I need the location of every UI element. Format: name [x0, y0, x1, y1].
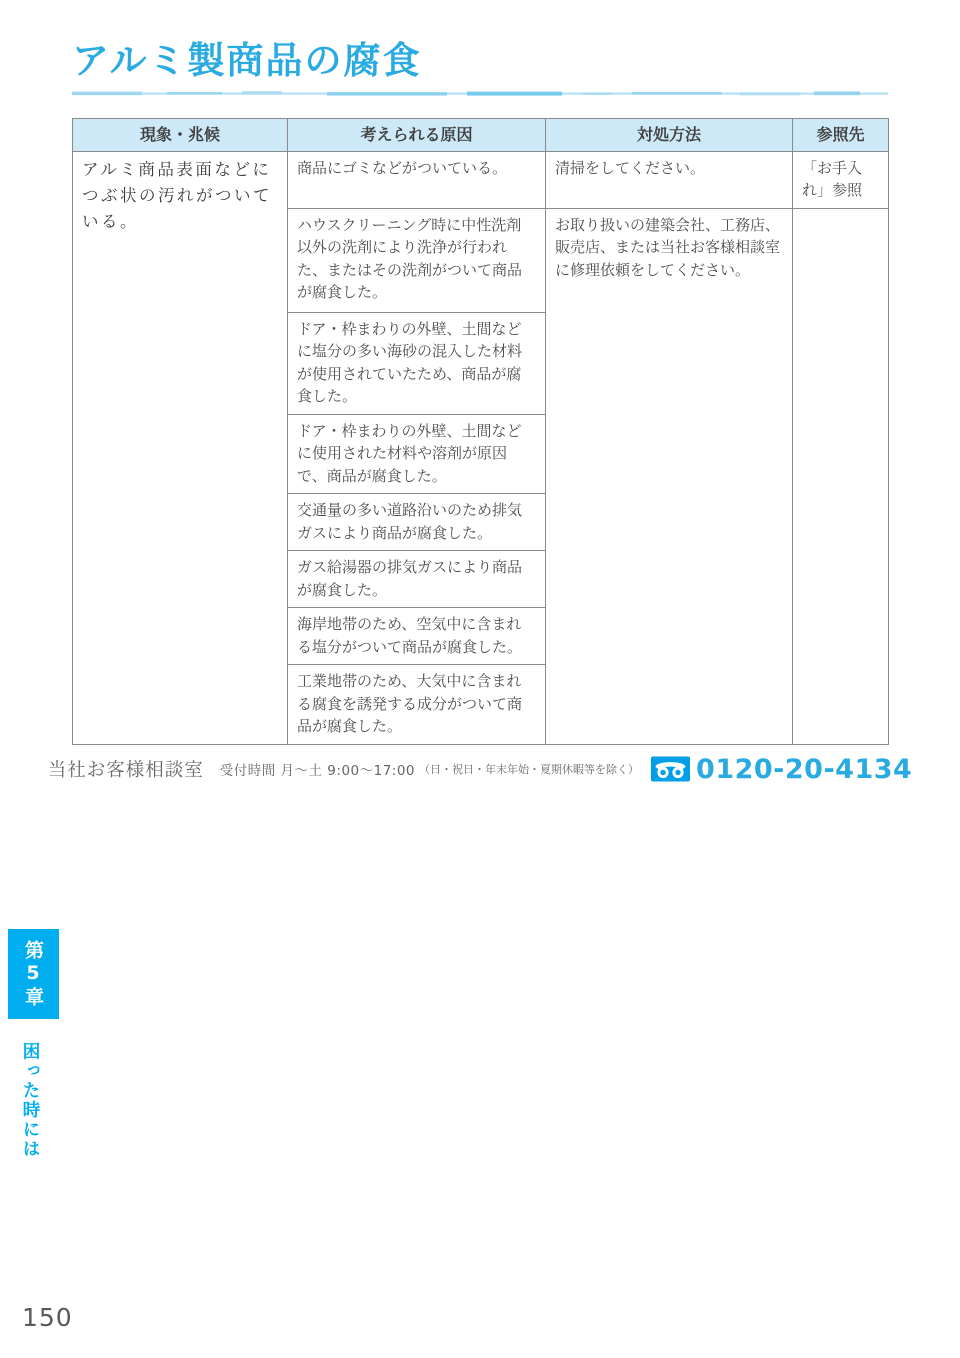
trouble-table: 現象・兆候 考えられる原因 対処方法 参照先 アルミ商品表面などにつぶ状の汚れが… — [72, 118, 889, 745]
chapter-tab-label: 第5章 — [20, 940, 47, 1009]
table-row: アルミ商品表面などにつぶ状の汚れがついている。 商品にゴミなどがついている。 清… — [73, 151, 889, 208]
contact-name: 当社お客様相談室 — [48, 756, 204, 782]
chapter-title: 困った時には — [18, 1042, 43, 1159]
header-reference: 参照先 — [793, 118, 889, 151]
cause-cell: 商品にゴミなどがついている。 — [288, 151, 546, 208]
action-cell: お取り扱いの建築会社、工務店、販売店、または当社お客様相談室に修理依頼をしてくだ… — [546, 208, 793, 744]
table-header-row: 現象・兆候 考えられる原因 対処方法 参照先 — [73, 118, 889, 151]
contact-phone-number: 0120-20-4134 — [696, 754, 912, 785]
cause-cell: ガス給湯器の排気ガスにより商品が腐食した。 — [288, 551, 546, 608]
freephone-icon — [651, 756, 691, 783]
action-cell: 清掃をしてください。 — [546, 151, 793, 208]
cause-cell: 工業地帯のため、大気中に含まれる腐食を誘発する成分がついて商品が腐食した。 — [288, 665, 546, 745]
main-content: アルミ製商品の腐食 現象・兆候 考えられる原因 対処方法 参照先 アルミ商品表面… — [72, 40, 888, 785]
contact-note: （日・祝日・年末年始・夏期休暇等を除く） — [419, 761, 639, 777]
reference-cell — [793, 208, 889, 744]
contact-info: 当社お客様相談室 受付時間 月～土 9:00～17:00 （日・祝日・年末年始・… — [72, 754, 888, 785]
cause-cell: ドア・枠まわりの外壁、土間などに使用された材料や溶剤が原因で、商品が腐食した。 — [288, 414, 546, 494]
cause-cell: 交通量の多い道路沿いのため排気ガスにより商品が腐食した。 — [288, 494, 546, 551]
brush-underline — [72, 89, 888, 98]
cause-cell: ハウスクリーニング時に中性洗剤以外の洗剤により洗浄が行われた、またはその洗剤がつ… — [288, 208, 546, 312]
reference-cell: 「お手入れ」参照 — [793, 151, 889, 208]
header-action: 対処方法 — [546, 118, 793, 151]
cause-cell: ドア・枠まわりの外壁、土間などに塩分の多い海砂の混入した材料が使用されていたため… — [288, 312, 546, 414]
header-cause: 考えられる原因 — [288, 118, 546, 151]
chapter-tab: 第5章 — [8, 929, 59, 1019]
cause-cell: 海岸地帯のため、空気中に含まれる塩分がついて商品が腐食した。 — [288, 608, 546, 665]
page-title: アルミ製商品の腐食 — [72, 40, 888, 83]
phenomenon-cell: アルミ商品表面などにつぶ状の汚れがついている。 — [73, 151, 288, 744]
page-number: 150 — [22, 1303, 73, 1332]
contact-hours: 受付時間 月～土 9:00～17:00 — [220, 759, 415, 779]
header-phenomenon: 現象・兆候 — [73, 118, 288, 151]
